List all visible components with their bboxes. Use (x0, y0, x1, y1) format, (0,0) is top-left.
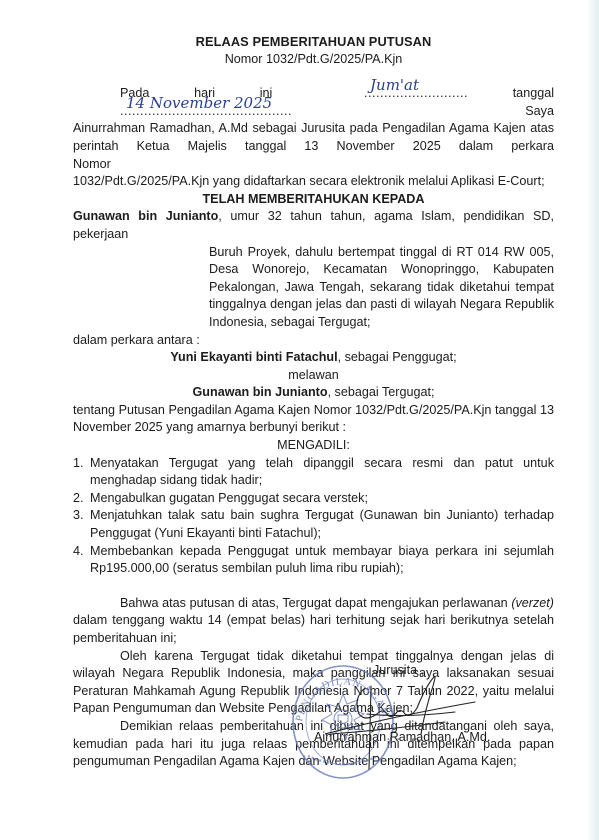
handwritten-day: Jum'at (323, 77, 419, 95)
defendant-name-2: Gunawan bin Junianto (193, 385, 328, 399)
verdict-item: 1.Menyatakan Tergugat yang telah dipangg… (73, 455, 554, 490)
signer-name: Ainurrahman Ramadhan, A.Md. (314, 730, 490, 744)
document-number: Nomor 1032/Pdt.G/2025/PA.Kjn (73, 51, 554, 69)
scan-page-edge (587, 0, 599, 840)
verdict-heading: MENGADILI: (73, 437, 554, 455)
day-field: ..........................Jum'at (317, 85, 468, 103)
plaintiff-name: Yuni Ekayanti binti Fatachul (170, 350, 337, 364)
opening-line-2: Ainurrahman Ramadhan, A.Md sebagai Jurus… (73, 120, 554, 138)
versus-label: melawan (73, 367, 554, 385)
document-title: RELAAS PEMBERITAHUAN PUTUSAN (73, 33, 554, 51)
signature-block: PENGADILAN AGAMA KAJEN Jurusita , Ainurr… (290, 660, 550, 790)
verdict-item: 4.Membebankan kepada Penggugat untuk mem… (73, 543, 554, 578)
handwritten-date: 14 November 2025 (79, 95, 272, 113)
opening-line-3: perintah Ketua Majelis tanggal 13 Novemb… (73, 138, 554, 173)
paragraph-verzet: Bahwa atas putusan di atas, Tergugat dap… (73, 595, 554, 648)
defendant-identity-details: Buruh Proyek, dahulu bertempat tinggal d… (73, 244, 554, 332)
opening-line-4: 1032/Pdt.G/2025/PA.Kjn yang didaftarkan … (73, 173, 554, 191)
plaintiff-line: Yuni Ekayanti binti Fatachul, sebagai Pe… (73, 349, 554, 367)
handwritten-signature-icon (325, 674, 505, 784)
defendant-line: Gunawan bin Junianto, sebagai Tergugat; (73, 384, 554, 402)
case-between-label: dalam perkara antara : (73, 332, 554, 350)
verdict-item: 2.Mengabulkan gugatan Penggugat secara v… (73, 490, 554, 508)
notified-heading: TELAH MEMBERITAHUKAN KEPADA (73, 191, 554, 209)
defendant-name: Gunawan bin Junianto (73, 209, 218, 223)
about-decision: tentang Putusan Pengadilan Agama Kajen N… (73, 402, 554, 437)
defendant-identity-line-1: Gunawan bin Junianto, umur 32 tahun tahu… (73, 208, 554, 243)
opening-line-1: Pada hari ini ..........................… (73, 85, 554, 120)
date-field: ........................................… (73, 103, 292, 121)
verdict-list: 1.Menyatakan Tergugat yang telah dipangg… (73, 455, 554, 578)
verdict-item: 3.Menjatuhkan talak satu bain sughra Ter… (73, 507, 554, 542)
